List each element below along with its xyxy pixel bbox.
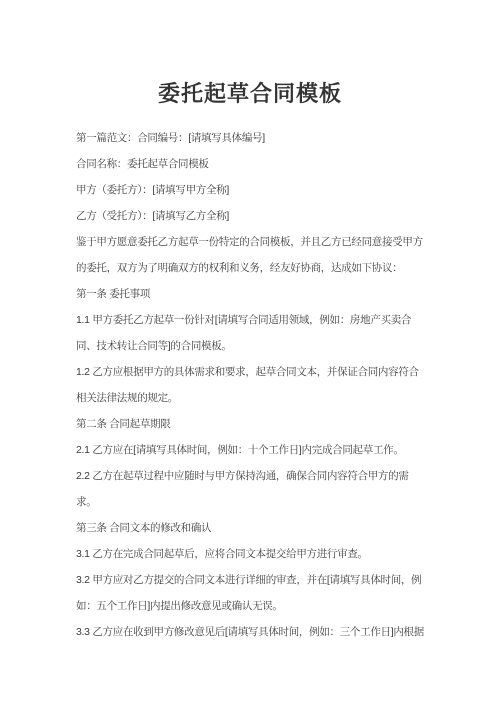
document-body: 第一篇范文：合同编号：[请填写具体编号] 合同名称：委托起草合同模板 甲方（委托… [0, 125, 500, 645]
document-page: 委托起草合同模板 第一篇范文：合同编号：[请填写具体编号] 合同名称：委托起草合… [0, 0, 500, 707]
document-line: 3.3 乙方应在收到甲方修改意见后[请填写具体时间，例如：三个工作日]内根据 [76, 619, 440, 645]
document-line: 乙方（受托方）：[请填写乙方全称] [76, 203, 440, 229]
document-line: 相关法律法规的规定。 [76, 385, 440, 411]
document-line: 3.1 乙方在完成合同起草后，应将合同文本提交给甲方进行审查。 [76, 541, 440, 567]
document-line: 2.1 乙方应在[请填写具体时间，例如：十个工作日]内完成合同起草工作。 [76, 437, 440, 463]
document-line: 1.2 乙方应根据甲方的具体需求和要求，起草合同文本，并保证合同内容符合 [76, 359, 440, 385]
document-line: 鉴于甲方愿意委托乙方起草一份特定的合同模板，并且乙方已经同意接受甲方 [76, 229, 440, 255]
document-line: 求。 [76, 489, 440, 515]
document-line: 1.1 甲方委托乙方起草一份针对[请填写合同适用领域，例如：房地产买卖合 [76, 307, 440, 333]
document-line: 第一篇范文：合同编号：[请填写具体编号] [76, 125, 440, 151]
document-line: 甲方（委托方）：[请填写甲方全称] [76, 177, 440, 203]
section-heading: 第二条 合同起草期限 [76, 411, 440, 437]
document-line: 同、技术转让合同等]的合同模板。 [76, 333, 440, 359]
document-line: 2.2 乙方在起草过程中应随时与甲方保持沟通，确保合同内容符合甲方的需 [76, 463, 440, 489]
section-heading: 第三条 合同文本的修改和确认 [76, 515, 440, 541]
document-line: 如：五个工作日]内提出修改意见或确认无误。 [76, 593, 440, 619]
document-line: 的委托，双方为了明确双方的权利和义务，经友好协商，达成如下协议： [76, 255, 440, 281]
section-heading: 第一条 委托事项 [76, 281, 440, 307]
document-line: 3.2 甲方应对乙方提交的合同文本进行详细的审查，并在[请填写具体时间，例 [76, 567, 440, 593]
document-title: 委托起草合同模板 [0, 0, 500, 107]
document-line: 合同名称：委托起草合同模板 [76, 151, 440, 177]
